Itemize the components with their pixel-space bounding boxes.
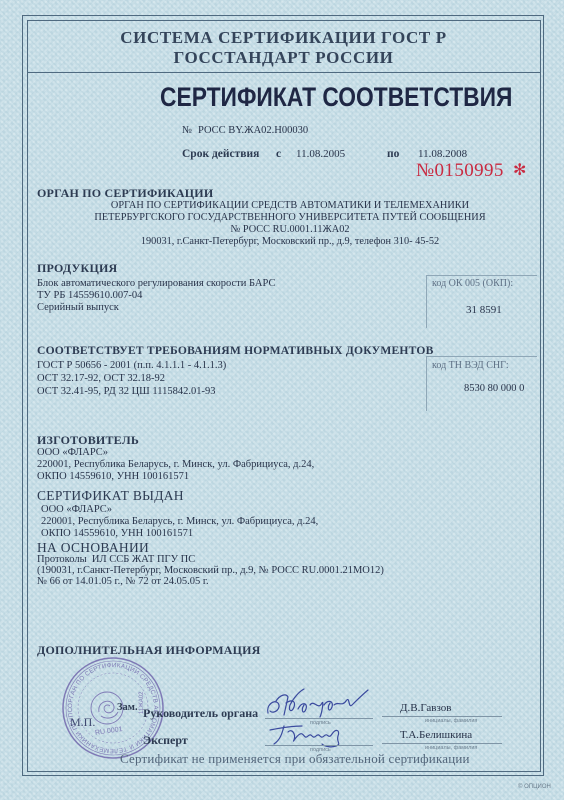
certification-body-line: ОРГАН ПО СЕРТИФИКАЦИИ СРЕДСТВ АВТОМАТИКИ…	[60, 200, 520, 212]
section-heading-product: ПРОДУКЦИЯ	[37, 261, 117, 275]
validity-from-date: 11.08.2005	[296, 148, 345, 161]
certification-body-line: № РОСС RU.0001.11ЖА02	[60, 224, 520, 236]
head-of-body-label: Руководитель органа	[143, 706, 258, 720]
issued-to-line: ООО «ФЛАРС»	[41, 504, 112, 516]
basis-line: № 66 от 14.01.05 г., № 72 от 24.05.05 г.	[37, 576, 209, 588]
expert-signature-line	[265, 745, 373, 746]
okp-code-label: код ОК 005 (ОКП):	[432, 278, 513, 290]
section-heading-certification-body: ОРГАН ПО СЕРТИФИКАЦИИ	[37, 186, 213, 200]
normative-document-line: ОСТ 32.41-95, РД 32 ЦШ 1115842.01-93	[37, 386, 215, 398]
certificate-page: СИСТЕМА СЕРТИФИКАЦИИ ГОСТ Р ГОССТАНДАРТ …	[0, 0, 564, 800]
head-signature-icon	[262, 687, 374, 719]
header-separator	[27, 72, 540, 73]
manufacturer-line: ОКПО 14559610, УНН 100161571	[37, 471, 189, 483]
certification-body-line: ПЕТЕРБУРГСКОГО ГОСУДАРСТВЕННОГО УНИВЕРСИ…	[60, 212, 520, 224]
section-heading-basis: НА ОСНОВАНИИ	[37, 540, 149, 555]
tn-ved-code-value: 8530 80 000 0	[464, 382, 524, 395]
issued-to-line: ОКПО 14559610, УНН 100161571	[41, 528, 193, 540]
validity-label: Срок действия	[182, 148, 259, 161]
manufacturer-line: ООО «ФЛАРС»	[37, 447, 108, 459]
tn-ved-code-label: код ТН ВЭД СНГ:	[432, 360, 509, 372]
expert-name-line	[382, 743, 502, 744]
expert-signature-icon	[266, 720, 356, 748]
registration-number: РОСС BY.ЖА02.Н00030	[198, 125, 308, 137]
product-line: Серийный выпуск	[37, 302, 119, 314]
asterisk-mark-icon: ✻	[513, 160, 527, 182]
expert-name: Т.А.Белишкина	[400, 729, 472, 742]
issued-to-line: 220001, Республика Беларусь, г. Минск, у…	[41, 516, 318, 528]
section-heading-manufacturer: ИЗГОТОВИТЕЛЬ	[37, 433, 139, 447]
publisher-copyright: © ОПЦИОН	[518, 784, 551, 791]
certification-system-name: СИСТЕМА СЕРТИФИКАЦИИ ГОСТ Р	[27, 28, 540, 48]
document-title: СЕРТИФИКАТ СООТВЕТСТВИЯ	[160, 82, 512, 112]
registration-number-label: №	[182, 125, 192, 137]
name-caption: инициалы, фамилия	[425, 718, 477, 724]
section-heading-additional-info: ДОПОЛНИТЕЛЬНАЯ ИНФОРМАЦИЯ	[37, 643, 261, 657]
head-signature-line	[265, 718, 373, 719]
mandatory-certification-note: Сертификат не применяется при обязательн…	[120, 751, 470, 766]
stamp-center-text: RU 0001	[95, 726, 123, 737]
head-of-body-name: Д.В.Гавзов	[400, 702, 451, 715]
product-line: ТУ РБ 14559610.007-04	[37, 290, 142, 302]
section-heading-compliance: СООТВЕТСТВУЕТ ТРЕБОВАНИЯМ НОРМАТИВНЫХ ДО…	[37, 344, 434, 358]
seal-place-label: М.П.	[70, 715, 95, 729]
head-name-line	[382, 716, 502, 717]
product-line: Блок автоматического регулирования скоро…	[37, 278, 275, 290]
blank-serial-number: №0150995	[416, 160, 504, 182]
section-heading-issued-to: СЕРТИФИКАТ ВЫДАН	[37, 488, 184, 503]
normative-document-line: ОСТ 32.17-92, ОСТ 32.18-92	[37, 373, 165, 385]
manufacturer-line: 220001, Республика Беларусь, г. Минск, у…	[37, 459, 314, 471]
deputy-label: Зам.	[117, 702, 138, 714]
okp-code-value: 31 8591	[466, 304, 502, 317]
validity-to-label: по	[387, 148, 399, 161]
normative-document-line: ГОСТ Р 50656 - 2001 (п.п. 4.1.1.1 - 4.1.…	[37, 360, 226, 372]
expert-label: Эксперт	[143, 733, 188, 747]
certification-body-line: 190031, г.Санкт-Петербург, Московский пр…	[60, 236, 520, 248]
standards-agency-name: ГОССТАНДАРТ РОССИИ	[27, 48, 540, 68]
validity-from-label: с	[276, 148, 281, 161]
